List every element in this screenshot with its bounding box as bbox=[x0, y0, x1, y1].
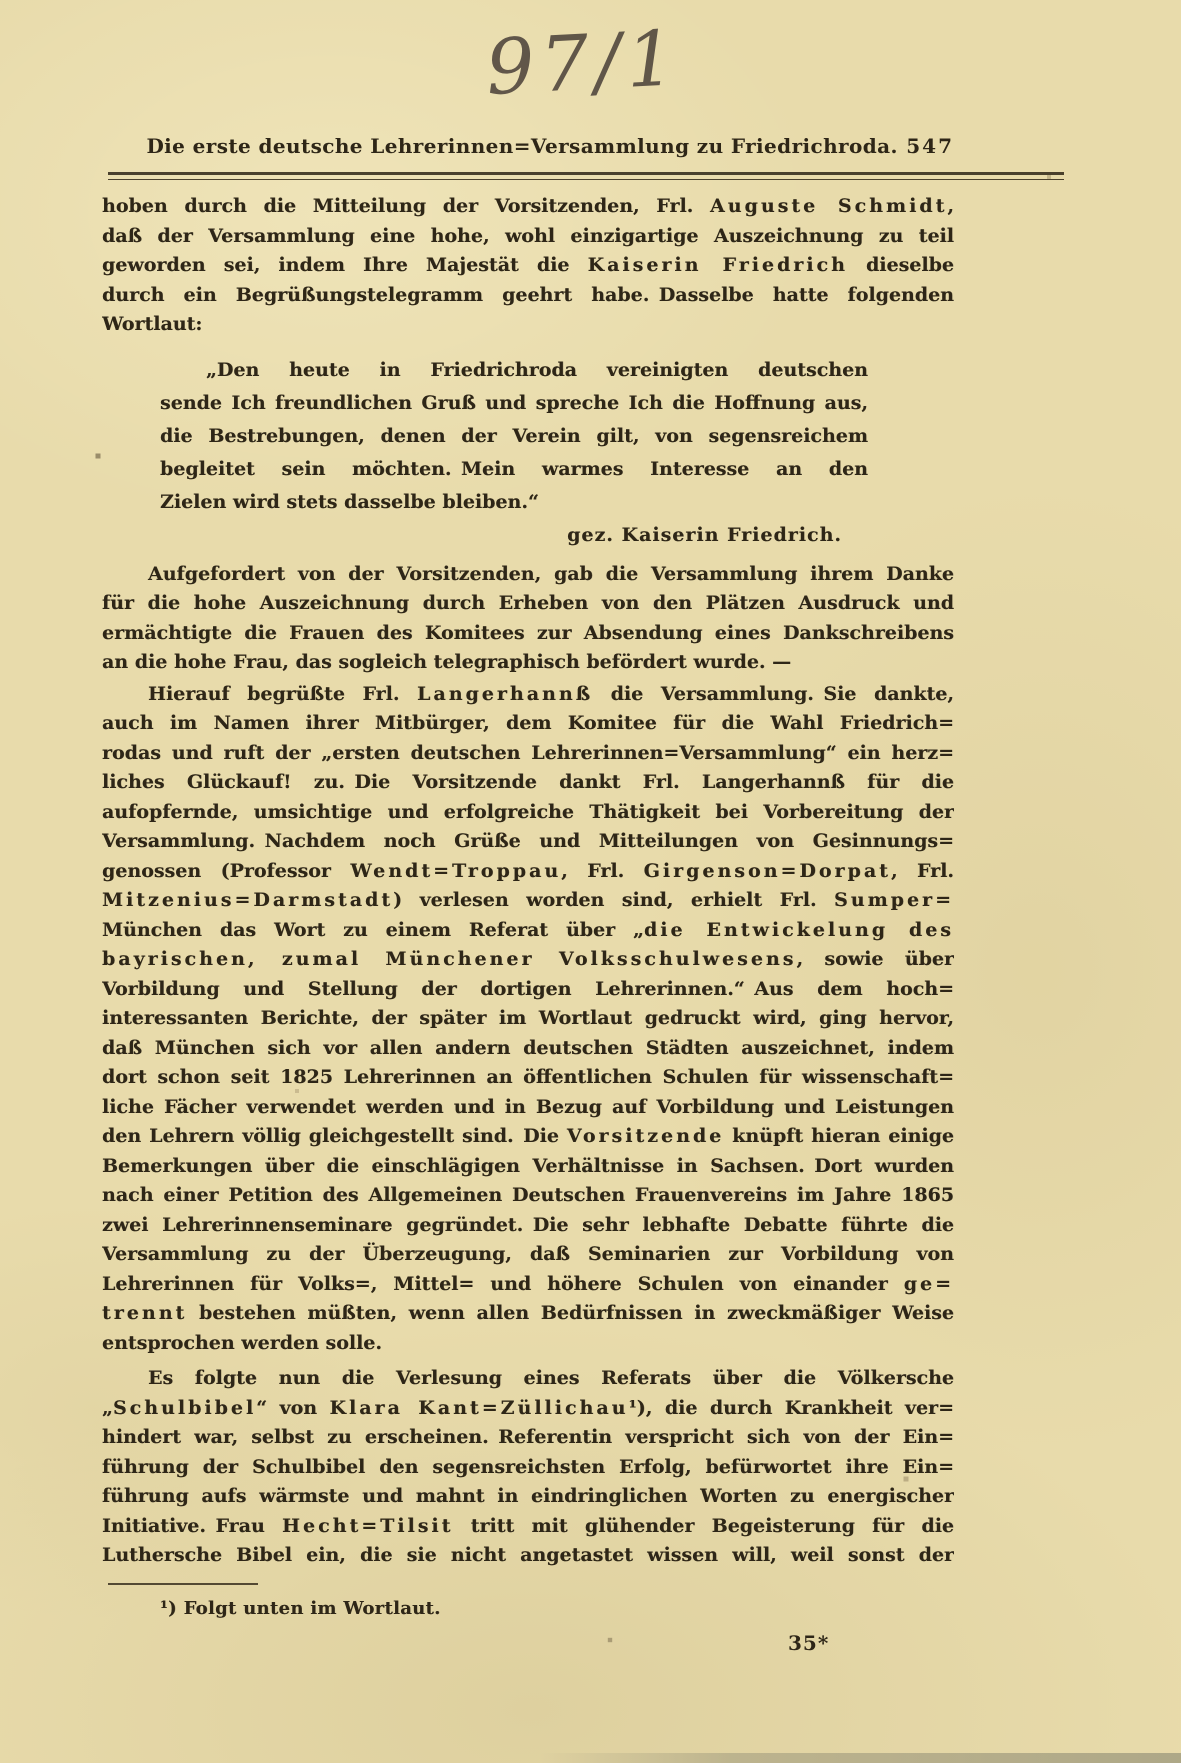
text-line: zwei Lehrerinnenseminare gegründet. Die … bbox=[102, 1211, 954, 1241]
text-line: entsprochen werden solle. bbox=[102, 1329, 954, 1359]
text-run: für die hohe Auszeichnung durch Erheben … bbox=[102, 592, 954, 614]
text-line: Wortlaut: bbox=[102, 310, 954, 340]
text-line: Hierauf begrüßte Frl. Langerhannß die Ve… bbox=[102, 680, 954, 710]
letterspaced-emphasis: Wendt=Troppau bbox=[350, 860, 561, 882]
text-run: begleitet sein möchten. Mein warmes Inte… bbox=[160, 458, 868, 486]
text-run: Versammlung. Nachdem noch Grüße und Mitt… bbox=[102, 830, 954, 852]
text-line: führung der Schulbibel den segensreichst… bbox=[102, 1453, 954, 1483]
text-run: “ von bbox=[256, 1397, 329, 1419]
text-run: „Den heute in Friedrichroda vereinigten … bbox=[160, 359, 868, 387]
text-line: trennt bestehen müßten, wenn allen Bedür… bbox=[102, 1299, 954, 1329]
text-run: Lehrerinnen für Volks=, Mittel= und höhe… bbox=[102, 1273, 904, 1295]
text-run: rodas und ruft der „ersten deutschen Leh… bbox=[102, 742, 954, 764]
letterspaced-emphasis: Klara Kant=Züllichau bbox=[330, 1397, 629, 1419]
text-line: liches Glückauf! zu. Die Vorsitzende dan… bbox=[102, 768, 954, 798]
letterspaced-emphasis: Girgenson=Dorpat bbox=[644, 860, 891, 882]
text-run: Bemerkungen über die einschlägigen Verhä… bbox=[102, 1155, 954, 1177]
letterspaced-emphasis: Kaiserin Friedrich bbox=[588, 254, 848, 276]
letterspaced-emphasis: Sumper= bbox=[834, 889, 954, 911]
running-header-title: Die erste deutsche Lehrerinnen=Versammlu… bbox=[108, 134, 906, 158]
text-line: Vorbildung und Stellung der dortigen Leh… bbox=[102, 975, 954, 1005]
text-run: den Lehrern völlig gleichgestellt sind. … bbox=[102, 1125, 567, 1147]
telegram-blockquote: „Den heute in Friedrichroda vereinigten … bbox=[160, 354, 868, 519]
text-line: daß der Versammlung eine hohe, wohl einz… bbox=[102, 222, 954, 252]
text-run: geworden sei, indem Ihre Majestät die bbox=[102, 254, 588, 276]
text-run: Initiative. Frau bbox=[102, 1515, 282, 1537]
text-line: dort schon seit 1825 Lehrerinnen an öffe… bbox=[102, 1063, 954, 1093]
text-line: Initiative. Frau Hecht=Tilsit tritt mit … bbox=[102, 1512, 954, 1542]
text-line: München das Wort zu einem Referat über „… bbox=[102, 916, 954, 946]
text-line: den Lehrern völlig gleichgestellt sind. … bbox=[102, 1122, 954, 1152]
text-line: hoben durch die Mitteilung der Vorsitzen… bbox=[102, 192, 954, 222]
text-run: an die hohe Frau, das sogleich telegraph… bbox=[102, 651, 791, 673]
text-line: führung aufs wärmste und mahnt in eindri… bbox=[102, 1482, 954, 1512]
text-line: genossen (Professor Wendt=Troppau, Frl. … bbox=[102, 857, 954, 887]
text-run: Aufgefordert von der Vorsitzenden, gab d… bbox=[148, 563, 954, 585]
text-line: Bemerkungen über die einschlägigen Verhä… bbox=[102, 1152, 954, 1182]
paragraph-greetings-referat: Hierauf begrüßte Frl. Langerhannß die Ve… bbox=[102, 680, 954, 1359]
letterspaced-emphasis: ge= bbox=[904, 1273, 954, 1295]
text-run: dort schon seit 1825 Lehrerinnen an öffe… bbox=[102, 1066, 954, 1088]
paragraph-continuation: hoben durch die Mitteilung der Vorsitzen… bbox=[102, 192, 954, 340]
text-run: die Versammlung. Sie dankte, bbox=[593, 683, 954, 705]
text-line: die Bestrebungen, denen der Verein gilt,… bbox=[160, 420, 868, 453]
text-line: aufopfernde, umsichtige und erfolgreiche… bbox=[102, 798, 954, 828]
text-line: sende Ich freundlichen Gruß und spreche … bbox=[160, 387, 868, 420]
text-run: hoben durch die Mitteilung der Vorsitzen… bbox=[102, 195, 710, 217]
text-run: liches Glückauf! zu. Die Vorsitzende dan… bbox=[102, 771, 954, 793]
paragraph-thanks: Aufgefordert von der Vorsitzenden, gab d… bbox=[102, 560, 954, 678]
text-line: liche Fächer verwendet werden und in Bez… bbox=[102, 1093, 954, 1123]
text-run: die Bestrebungen, denen der Verein gilt,… bbox=[160, 425, 868, 453]
text-line: bayrischen, zumal Münchener Volksschulwe… bbox=[102, 945, 954, 975]
text-run: nach einer Petition des Allgemeinen Deut… bbox=[102, 1184, 954, 1206]
text-run: aufopfernde, umsichtige und erfolgreiche… bbox=[102, 801, 954, 823]
text-run: ) verlesen worden sind, erhielt Frl. bbox=[393, 889, 834, 911]
text-line: daß München sich vor allen andern deutsc… bbox=[102, 1034, 954, 1064]
scanned-document-page: 97/1 Die erste deutsche Lehrerinnen=Vers… bbox=[0, 0, 1181, 1763]
text-run: ¹), die durch Krankheit ver= bbox=[628, 1397, 954, 1419]
text-line: rodas und ruft der „ersten deutschen Leh… bbox=[102, 739, 954, 769]
text-run: daß der Versammlung eine hohe, wohl einz… bbox=[102, 225, 954, 247]
paper-specks bbox=[0, 0, 2, 2]
letterspaced-emphasis: die Entwickelung des bbox=[644, 919, 954, 941]
letterspaced-emphasis: Auguste Schmidt bbox=[710, 195, 947, 217]
letterspaced-emphasis: Hecht=Tilsit bbox=[282, 1515, 453, 1537]
text-run: , sowie über bbox=[796, 948, 954, 970]
text-line: „Schulbibel“ von Klara Kant=Züllichau¹),… bbox=[102, 1394, 954, 1424]
text-line: für die hohe Auszeichnung durch Erheben … bbox=[102, 589, 954, 619]
text-run: entsprochen werden solle. bbox=[102, 1332, 382, 1354]
header-rule bbox=[108, 172, 1064, 180]
text-line: Mitzenius=Darmstadt) verlesen worden sin… bbox=[102, 886, 954, 916]
text-run: Vorbildung und Stellung der dortigen Leh… bbox=[102, 978, 954, 1000]
text-line: „Den heute in Friedrichroda vereinigten … bbox=[160, 354, 868, 387]
text-run: führung der Schulbibel den segensreichst… bbox=[102, 1456, 954, 1478]
text-run: sende Ich freundlichen Gruß und spreche … bbox=[160, 392, 868, 420]
text-run: „ bbox=[102, 1397, 113, 1419]
text-run: ermächtigte die Frauen des Komitees zur … bbox=[102, 622, 954, 644]
text-run: , Frl. bbox=[891, 860, 954, 882]
text-line: Es folgte nun die Verlesung eines Refera… bbox=[102, 1364, 954, 1394]
text-run: führung aufs wärmste und mahnt in eindri… bbox=[102, 1485, 954, 1507]
text-run: Hierauf begrüßte Frl. bbox=[148, 683, 417, 705]
text-run: interessanten Berichte, der später im Wo… bbox=[102, 1007, 954, 1029]
text-run: durch ein Begrüßungstelegramm geehrt hab… bbox=[102, 284, 954, 306]
text-run: bestehen müßten, wenn allen Bedürfnissen… bbox=[187, 1302, 954, 1324]
text-line: geworden sei, indem Ihre Majestät die Ka… bbox=[102, 251, 954, 281]
text-run: tritt mit glühender Begeisterung für die bbox=[453, 1515, 954, 1537]
letterspaced-emphasis: Langerhannß bbox=[417, 683, 593, 705]
telegram-signature: gez. Kaiserin Friedrich. bbox=[102, 519, 954, 552]
text-run: Luthersche Bibel ein, die sie nicht ange… bbox=[102, 1544, 954, 1566]
text-line: Zielen wird stets dasselbe bleiben.“ bbox=[160, 486, 868, 519]
text-run: liche Fächer verwendet werden und in Bez… bbox=[102, 1096, 954, 1118]
text-run: zwei Lehrerinnenseminare gegründet. Die … bbox=[102, 1214, 954, 1236]
text-line: begleitet sein möchten. Mein warmes Inte… bbox=[160, 453, 868, 486]
text-run: Es folgte nun die Verlesung eines Refera… bbox=[148, 1367, 954, 1389]
letterspaced-emphasis: bayrischen, zumal Münchener Volksschulwe… bbox=[102, 948, 796, 970]
text-run: hindert war, selbst zu erscheinen. Refer… bbox=[102, 1426, 954, 1448]
page-number: 547 bbox=[906, 134, 954, 158]
letterspaced-emphasis: Mitzenius=Darmstadt bbox=[102, 889, 393, 911]
text-run: dieselbe bbox=[848, 254, 954, 276]
paragraph-schulbibel: Es folgte nun die Verlesung eines Refera… bbox=[102, 1364, 954, 1571]
text-line: Luthersche Bibel ein, die sie nicht ange… bbox=[102, 1541, 954, 1571]
text-line: Lehrerinnen für Volks=, Mittel= und höhe… bbox=[102, 1270, 954, 1300]
text-run: Versammlung zu der Überzeugung, daß Semi… bbox=[102, 1243, 954, 1265]
text-run: Wortlaut: bbox=[102, 313, 202, 335]
text-run: Zielen wird stets dasselbe bleiben.“ bbox=[160, 491, 539, 513]
scan-edge-shadow bbox=[540, 1753, 1181, 1763]
letterspaced-emphasis: Schulbibel bbox=[113, 1397, 256, 1419]
footnote-separator bbox=[108, 1583, 258, 1585]
text-line: hindert war, selbst zu erscheinen. Refer… bbox=[102, 1423, 954, 1453]
text-line: an die hohe Frau, das sogleich telegraph… bbox=[102, 648, 954, 678]
sheet-signature: 35* bbox=[788, 1631, 829, 1655]
text-run: genossen (Professor bbox=[102, 860, 350, 882]
text-run: München das Wort zu einem Referat über „ bbox=[102, 919, 644, 941]
handwritten-archive-number: 97/1 bbox=[484, 13, 683, 112]
text-line: durch ein Begrüßungstelegramm geehrt hab… bbox=[102, 281, 954, 311]
text-line: auch im Namen ihrer Mitbürger, dem Komit… bbox=[102, 709, 954, 739]
text-run: , bbox=[947, 195, 954, 217]
text-run: daß München sich vor allen andern deutsc… bbox=[102, 1037, 954, 1059]
running-header: Die erste deutsche Lehrerinnen=Versammlu… bbox=[108, 134, 954, 158]
text-run: knüpft hieran einige bbox=[724, 1125, 954, 1147]
text-run: auch im Namen ihrer Mitbürger, dem Komit… bbox=[102, 712, 954, 734]
text-line: Aufgefordert von der Vorsitzenden, gab d… bbox=[102, 560, 954, 590]
text-line: interessanten Berichte, der später im Wo… bbox=[102, 1004, 954, 1034]
letterspaced-emphasis: trennt bbox=[102, 1302, 187, 1324]
text-run: , Frl. bbox=[561, 860, 644, 882]
text-line: Versammlung. Nachdem noch Grüße und Mitt… bbox=[102, 827, 954, 857]
letterspaced-emphasis: Vorsitzende bbox=[567, 1125, 724, 1147]
footnote: ¹) Folgt unten im Wortlaut. bbox=[160, 1598, 441, 1619]
text-line: nach einer Petition des Allgemeinen Deut… bbox=[102, 1181, 954, 1211]
text-line: ermächtigte die Frauen des Komitees zur … bbox=[102, 619, 954, 649]
page-body: hoben durch die Mitteilung der Vorsitzen… bbox=[102, 192, 954, 1571]
text-line: Versammlung zu der Überzeugung, daß Semi… bbox=[102, 1240, 954, 1270]
